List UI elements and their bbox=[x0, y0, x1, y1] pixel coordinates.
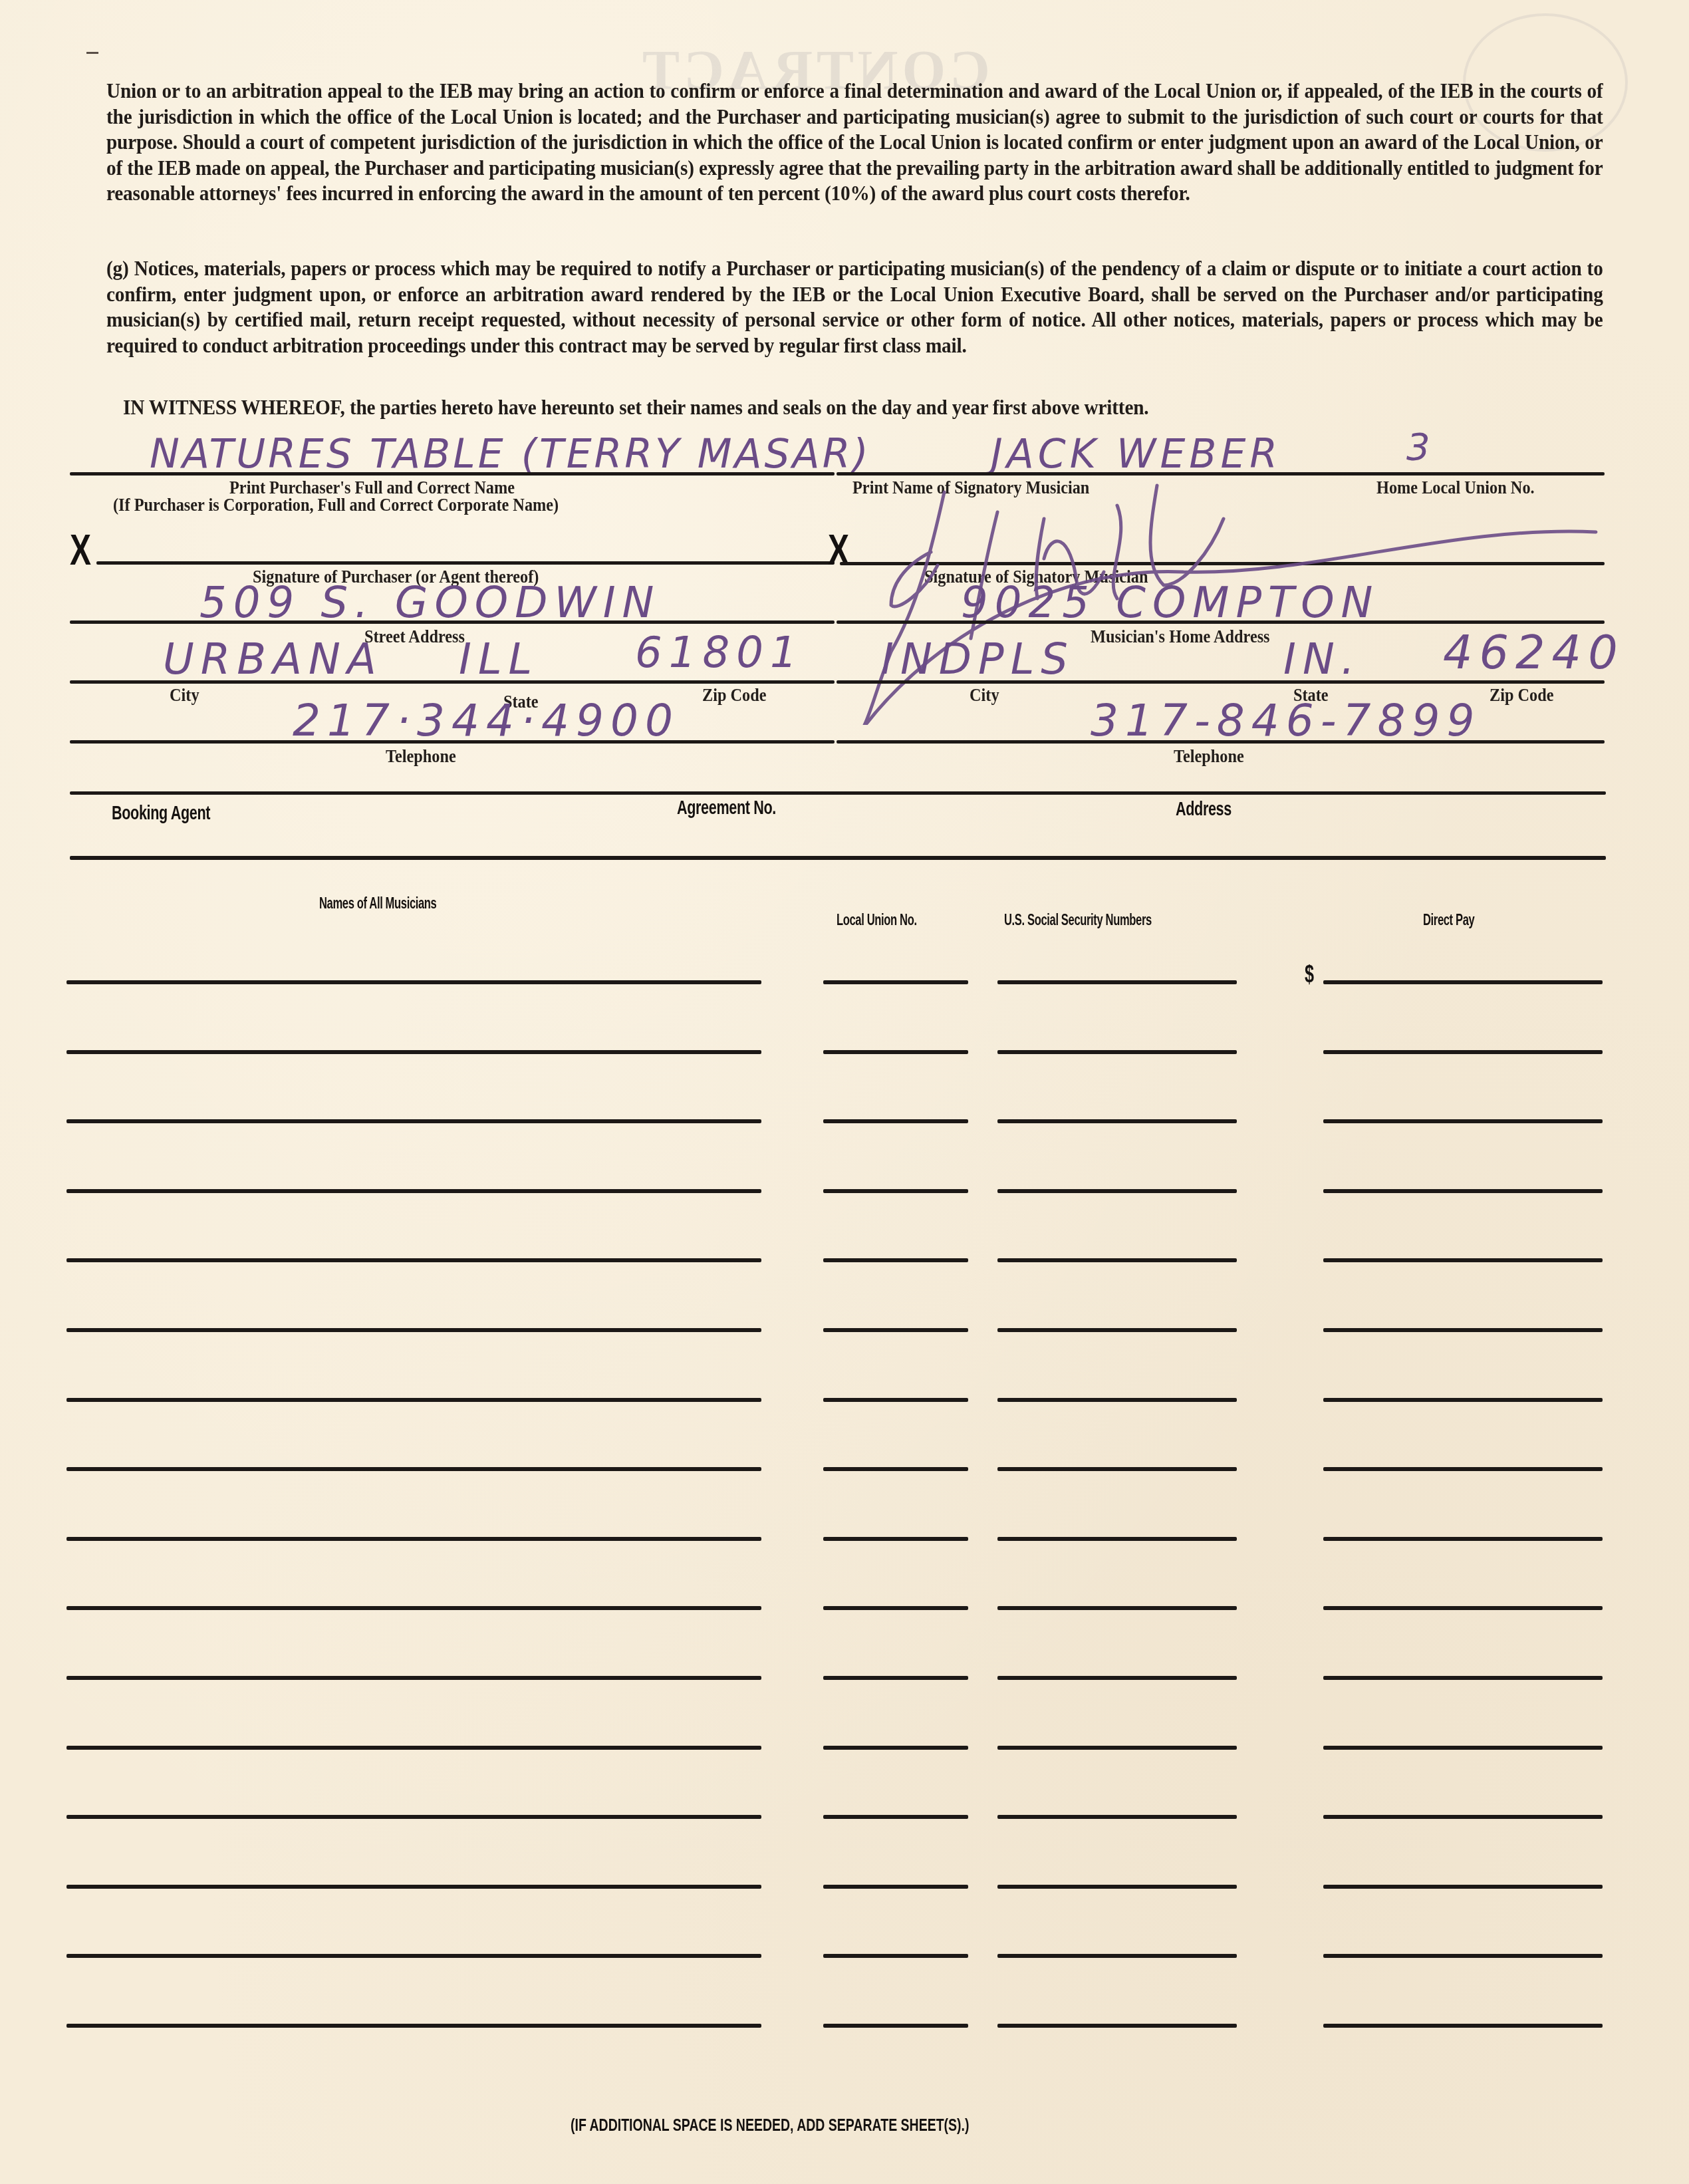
musician-name-line[interactable] bbox=[837, 472, 1605, 476]
agreement-no-label: Agreement No. bbox=[677, 797, 776, 819]
direct-pay-field[interactable] bbox=[1323, 1746, 1603, 1750]
direct-pay-field[interactable] bbox=[1323, 1119, 1603, 1123]
musician-zip-label: Zip Code bbox=[1490, 685, 1554, 706]
agent-details-line[interactable] bbox=[70, 856, 1606, 860]
direct-pay-field[interactable] bbox=[1323, 2024, 1603, 2028]
booking-agent-line[interactable] bbox=[70, 791, 1606, 795]
ssn-field[interactable] bbox=[997, 1537, 1237, 1541]
direct-pay-field[interactable] bbox=[1323, 1537, 1603, 1541]
name-field[interactable] bbox=[66, 1258, 761, 1262]
musician-local-label: Home Local Union No. bbox=[1376, 478, 1535, 498]
local-union-field[interactable] bbox=[823, 1537, 968, 1541]
name-field[interactable] bbox=[66, 1398, 761, 1402]
local-union-field[interactable] bbox=[823, 2024, 968, 2028]
purchaser-zip-label: Zip Code bbox=[702, 685, 767, 706]
musician-telephone-line[interactable] bbox=[837, 740, 1605, 744]
column-header-ssn: U.S. Social Security Numbers bbox=[1004, 911, 1152, 929]
direct-pay-field[interactable] bbox=[1323, 1258, 1603, 1262]
musician-telephone-value[interactable]: 317-846-7899 bbox=[1091, 695, 1482, 746]
musician-local-value[interactable]: 3 bbox=[1406, 426, 1437, 469]
name-field[interactable] bbox=[66, 1050, 761, 1054]
local-union-field[interactable] bbox=[823, 1467, 968, 1471]
name-field[interactable] bbox=[66, 1815, 761, 1819]
witness-paragraph: IN WITNESS WHEREOF, the parties hereto h… bbox=[123, 395, 1601, 421]
column-header-names: Names of All Musicians bbox=[319, 894, 436, 912]
musician-signature-x-mark: X bbox=[828, 525, 849, 575]
musician-address-label: Musician's Home Address bbox=[1091, 626, 1270, 647]
musician-state-value[interactable]: IN. bbox=[1283, 635, 1361, 684]
direct-pay-field[interactable] bbox=[1323, 980, 1603, 984]
name-field[interactable] bbox=[66, 1467, 761, 1471]
ssn-field[interactable] bbox=[997, 1885, 1237, 1889]
direct-pay-field[interactable] bbox=[1323, 1467, 1603, 1471]
purchaser-telephone-line[interactable] bbox=[70, 740, 835, 744]
agent-address-label: Address bbox=[1176, 798, 1232, 821]
name-field[interactable] bbox=[66, 1119, 761, 1123]
local-union-field[interactable] bbox=[823, 1189, 968, 1193]
ssn-field[interactable] bbox=[997, 1258, 1237, 1262]
direct-pay-field[interactable] bbox=[1323, 1676, 1603, 1680]
ssn-field[interactable] bbox=[997, 1954, 1237, 1958]
name-field[interactable] bbox=[66, 1537, 761, 1541]
name-field[interactable] bbox=[66, 1676, 761, 1680]
purchaser-city-state-zip-line[interactable] bbox=[70, 680, 835, 684]
local-union-field[interactable] bbox=[823, 1676, 968, 1680]
local-union-field[interactable] bbox=[823, 1050, 968, 1054]
additional-space-note: (IF ADDITIONAL SPACE IS NEEDED, ADD SEPA… bbox=[571, 2116, 969, 2135]
clause-g-paragraph: (g) Notices, materials, papers or proces… bbox=[106, 256, 1603, 358]
purchaser-name-line[interactable] bbox=[70, 472, 835, 476]
ssn-field[interactable] bbox=[997, 1676, 1237, 1680]
direct-pay-field[interactable] bbox=[1323, 1398, 1603, 1402]
margin-mark bbox=[86, 52, 98, 54]
direct-pay-field[interactable] bbox=[1323, 1328, 1603, 1332]
purchaser-city-value[interactable]: URBANA bbox=[163, 635, 383, 684]
name-field[interactable] bbox=[66, 1885, 761, 1889]
musician-telephone-label: Telephone bbox=[1174, 746, 1244, 767]
musician-city-value[interactable]: INDPLS bbox=[881, 635, 1075, 684]
direct-pay-field[interactable] bbox=[1323, 1606, 1603, 1610]
arbitration-continuation-paragraph: Union or to an arbitration appeal to the… bbox=[106, 78, 1603, 207]
local-union-field[interactable] bbox=[823, 1885, 968, 1889]
direct-pay-field[interactable] bbox=[1323, 1885, 1603, 1889]
local-union-field[interactable] bbox=[823, 1815, 968, 1819]
purchaser-zip-value[interactable]: 61801 bbox=[635, 628, 804, 678]
local-union-field[interactable] bbox=[823, 1606, 968, 1610]
ssn-field[interactable] bbox=[997, 980, 1237, 984]
direct-pay-field[interactable] bbox=[1323, 1954, 1603, 1958]
name-field[interactable] bbox=[66, 980, 761, 984]
musician-address-line[interactable] bbox=[837, 620, 1605, 624]
local-union-field[interactable] bbox=[823, 1746, 968, 1750]
local-union-field[interactable] bbox=[823, 1398, 968, 1402]
musician-city-label: City bbox=[970, 685, 999, 706]
musician-zip-value[interactable]: 46240 bbox=[1443, 625, 1624, 680]
local-union-field[interactable] bbox=[823, 1954, 968, 1958]
name-field[interactable] bbox=[66, 2024, 761, 2028]
ssn-field[interactable] bbox=[997, 1746, 1237, 1750]
direct-pay-field[interactable] bbox=[1323, 1189, 1603, 1193]
ssn-field[interactable] bbox=[997, 1815, 1237, 1819]
purchaser-state-value[interactable]: ILL bbox=[459, 635, 539, 684]
column-header-local-union: Local Union No. bbox=[837, 911, 917, 929]
name-field[interactable] bbox=[66, 1189, 761, 1193]
direct-pay-dollar-sign: $ bbox=[1305, 960, 1314, 988]
local-union-field[interactable] bbox=[823, 1258, 968, 1262]
musician-name-value[interactable]: JACK WEBER bbox=[991, 431, 1281, 478]
ssn-field[interactable] bbox=[997, 1606, 1237, 1610]
name-field[interactable] bbox=[66, 1746, 761, 1750]
ssn-field[interactable] bbox=[997, 1328, 1237, 1332]
ssn-field[interactable] bbox=[997, 1398, 1237, 1402]
purchaser-name-value[interactable]: NATURES TABLE (TERRY MASAR) bbox=[150, 431, 871, 478]
musician-name-label: Print Name of Signatory Musician bbox=[852, 478, 1089, 498]
direct-pay-field[interactable] bbox=[1323, 1050, 1603, 1054]
booking-agent-label: Booking Agent bbox=[112, 802, 210, 825]
musician-city-state-zip-line[interactable] bbox=[837, 680, 1605, 684]
direct-pay-field[interactable] bbox=[1323, 1815, 1603, 1819]
ssn-field[interactable] bbox=[997, 2024, 1237, 2028]
musician-signature-line[interactable] bbox=[840, 562, 1605, 565]
column-header-direct-pay: Direct Pay bbox=[1423, 911, 1474, 929]
name-field[interactable] bbox=[66, 1954, 761, 1958]
ssn-field[interactable] bbox=[997, 1189, 1237, 1193]
purchaser-telephone-value[interactable]: 217·344·4900 bbox=[293, 695, 680, 746]
purchaser-name-sublabel: (If Purchaser is Corporation, Full and C… bbox=[113, 495, 559, 515]
name-field[interactable] bbox=[66, 1606, 761, 1610]
ssn-field[interactable] bbox=[997, 1467, 1237, 1471]
purchaser-signature-line[interactable] bbox=[96, 561, 835, 565]
local-union-field[interactable] bbox=[823, 980, 968, 984]
purchaser-telephone-label: Telephone bbox=[386, 746, 456, 767]
ssn-field[interactable] bbox=[997, 1119, 1237, 1123]
purchaser-signature-x-mark: X bbox=[70, 525, 91, 575]
local-union-field[interactable] bbox=[823, 1328, 968, 1332]
purchaser-city-label: City bbox=[170, 685, 199, 706]
local-union-field[interactable] bbox=[823, 1119, 968, 1123]
ssn-field[interactable] bbox=[997, 1050, 1237, 1054]
name-field[interactable] bbox=[66, 1328, 761, 1332]
purchaser-street-line[interactable] bbox=[70, 620, 835, 624]
